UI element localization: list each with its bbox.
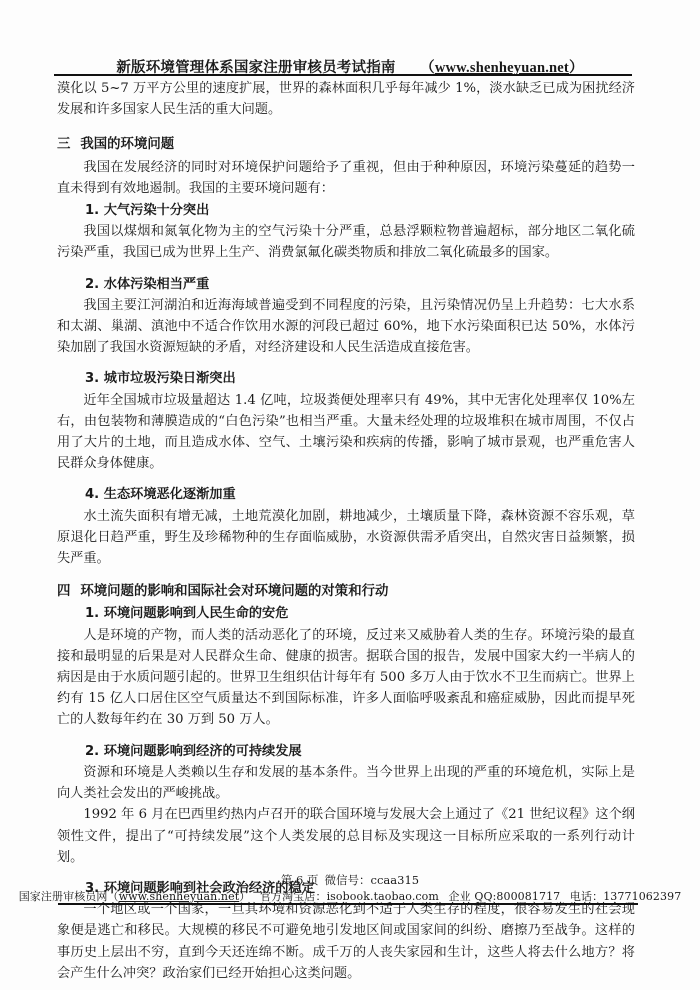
shop-link[interactable]: isobook.taobao.com <box>327 890 439 903</box>
footer-site-link[interactable]: www.shenheyuan.net <box>119 890 240 903</box>
site-name: 国家注册审核员网 <box>19 890 108 903</box>
section-4-item-1-paragraph: 人是环境的产物，而人类的活动恶化了的环境，反过来又威胁着人类的生存。环境污染的最… <box>57 625 635 731</box>
section-3-item-3-paragraph: 近年全国城市垃圾量超达 1.4 亿吨，垃圾粪便处理率只有 49%，其中无害化处理… <box>57 390 635 475</box>
phone-number: 13771062397 <box>603 890 681 903</box>
section-4-heading: 四环境问题的影响和国际社会对环境问题的对策和行动 <box>57 581 635 602</box>
section-3-item-4-heading: 4. 生态环境恶化逐渐加重 <box>57 484 635 505</box>
intro-paragraph: 漠化以 5~7 万平方公里的速度扩展，世界的森林面积几乎每年减少 1%，淡水缺乏… <box>57 78 635 120</box>
section-4-item-3-paragraph: 一个地区或一个国家，一旦其环境和资源恶化到不适于人类生存的程度，很容易发生的社会… <box>57 899 635 984</box>
section-4-item-2-heading: 2. 环境问题影响到经济的可持续发展 <box>57 741 635 762</box>
section-3-intro: 我国在发展经济的同时对环境保护问题给予了重视，但由于种种原因，环境污染蔓延的趋势… <box>57 157 635 199</box>
page-number: 第 6 页 <box>281 873 319 887</box>
qq-number: 800081717 <box>496 890 560 903</box>
document-body: 漠化以 5~7 万平方公里的速度扩展，世界的森林面积几乎每年减少 1%，淡水缺乏… <box>57 78 635 984</box>
footer-divider <box>58 903 638 905</box>
document-page: 新版环境管理体系国家注册审核员考试指南 （www.shenheyuan.net）… <box>0 0 700 990</box>
section-4-item-2-paragraph-1: 资源和环境是人类赖以生存和发展的基本条件。当今世界上出现的严重的环境危机，实际上… <box>57 762 635 804</box>
section-3-item-4-paragraph: 水土流失面积有增无减，土地荒漠化加剧，耕地减少，土壤质量下降，森林资源不容乐观，… <box>57 506 635 570</box>
section-3-item-2-heading: 2. 水体污染相当严重 <box>57 274 635 295</box>
section-3-item-3-heading: 3. 城市垃圾污染日渐突出 <box>57 368 635 389</box>
section-4-item-2-paragraph-2: 1992 年 6 月在巴西里约热内卢召开的联合国环境与发展大会上通过了《21 世… <box>57 804 635 868</box>
footer-page-info: 第 6 页微信号：ccaa315 <box>0 872 700 888</box>
section-3-item-1-heading: 1. 大气污染十分突出 <box>57 200 635 221</box>
wechat-id: ccaa315 <box>371 873 420 887</box>
section-3-item-2-paragraph: 我国主要江河湖泊和近海海域普遍受到不同程度的污染，且污染情况仍呈上升趋势：七大水… <box>57 295 635 359</box>
section-3-heading: 三我国的环境问题 <box>57 134 635 155</box>
header-divider <box>54 74 632 76</box>
footer-contact: 国家注册审核员网（www.shenheyuan.net） 官方淘宝店：isobo… <box>0 888 700 904</box>
section-4-item-1-heading: 1. 环境问题影响到人民生命的安危 <box>57 603 635 624</box>
section-3-item-1-paragraph: 我国以煤烟和氮氧化物为主的空气污染十分严重，总悬浮颗粒物普遍超标，部分地区二氧化… <box>57 221 635 263</box>
